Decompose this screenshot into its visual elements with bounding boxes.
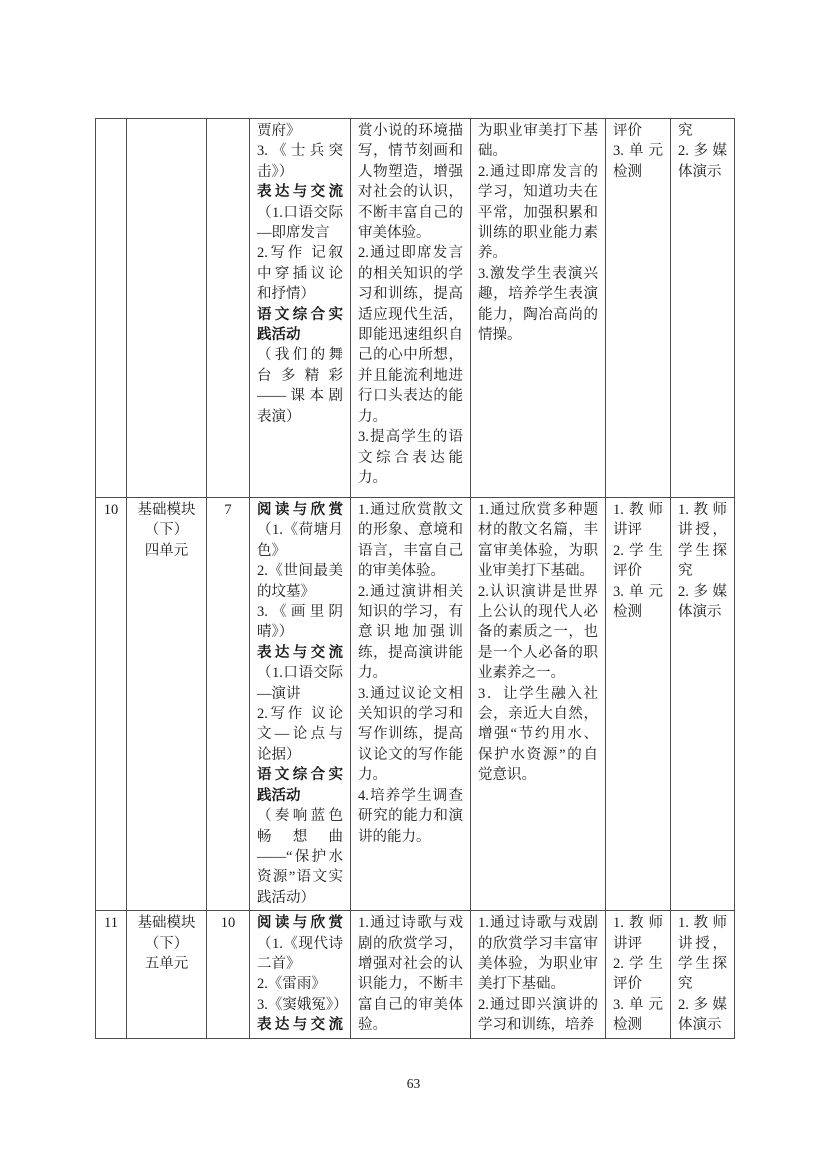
- module-name: 基础模块 （下） 四单元: [134, 500, 199, 561]
- content-text: （奏响蓝色畅想曲——“保护水资源”语文实践活动）: [257, 806, 343, 908]
- career-objectives-text: 1.通过欣赏多种题材的散文名篇，丰富审美体验，为职业审美打下基础。 2.认识演讲…: [478, 500, 598, 786]
- knowledge-objectives-text: 1.通过诗歌与戏剧的欣赏学习，增强对社会的认识能力，不断丰富自己的审美体验。: [358, 913, 463, 1035]
- content-text: （1.《现代诗二首》 2.《雷雨》 3.《窦娥冤》）: [257, 934, 343, 1016]
- cell-career-objectives: 1.通过诗歌与戏剧的欣赏学习丰富审美体验，为职业审美打下基础。 2.通过即兴演讲…: [471, 911, 606, 1039]
- cell-module-name: 基础模块 （下） 四单元: [127, 498, 207, 911]
- career-objectives-text: 1.通过诗歌与戏剧的欣赏学习丰富审美体验，为职业审美打下基础。 2.通过即兴演讲…: [478, 913, 598, 1035]
- content-heading: 语文综合实践活动: [257, 765, 343, 806]
- content-heading: 表达与交流: [257, 643, 343, 663]
- unit-number: 10: [103, 500, 119, 520]
- cell-knowledge-objectives: 1.通过欣赏散文的形象、意境和语言，丰富自己的审美体验。 2.通过演讲相关知识的…: [351, 498, 471, 911]
- hours-value: 7: [214, 500, 242, 520]
- knowledge-objectives-text: 赏小说的环境描写，情节刻画和人物塑造，增强对社会的认识，不断丰富自己的审美体验。…: [358, 121, 463, 488]
- evaluation-text: 1.教师讲评 2.学生评价 3.单元检测: [613, 913, 663, 1035]
- cell-evaluation: 1.教师讲评 2.学生评价 3.单元检测: [606, 911, 671, 1039]
- cell-hours: 7: [207, 498, 250, 911]
- content-text: 贾府》 3.《士兵突击》）: [257, 121, 343, 182]
- cell-knowledge-objectives: 1.通过诗歌与戏剧的欣赏学习，增强对社会的认识能力，不断丰富自己的审美体验。: [351, 911, 471, 1039]
- hours-value: 10: [214, 913, 242, 933]
- content-heading: 表达与交流: [257, 1015, 343, 1035]
- content-heading: 阅读与欣赏: [257, 500, 343, 520]
- teaching-methods-text: 1.教师讲授，学生探究 2.多媒体演示: [678, 500, 727, 622]
- cell-module-name: [127, 119, 207, 498]
- cell-teaching-methods: 1.教师讲授，学生探究 2.多媒体演示: [671, 911, 735, 1039]
- unit-number: 11: [103, 913, 119, 933]
- cell-teaching-methods: 1.教师讲授，学生探究 2.多媒体演示: [671, 498, 735, 911]
- content-text: （1.《荷塘月色》 2.《世间最美的坟墓》 3.《画里阴晴》）: [257, 520, 343, 642]
- cell-hours: [207, 119, 250, 498]
- evaluation-text: 1.教师讲评 2.学生评价 3.单元检测: [613, 500, 663, 622]
- evaluation-text: 评价 3.单元检测: [613, 121, 663, 182]
- cell-teaching-content: 贾府》 3.《士兵突击》） 表达与交流 （1.口语交际—即席发言 2.写作 记叙…: [250, 119, 351, 498]
- cell-evaluation: 1.教师讲评 2.学生评价 3.单元检测: [606, 498, 671, 911]
- content-text: （1.口语交际—即席发言 2.写作 记叙中穿插议论和抒情）: [257, 203, 343, 305]
- table-row-unit-11: 11 基础模块 （下） 五单元 10 阅读与欣赏 （1.《现代诗二首》 2.《雷…: [96, 911, 735, 1039]
- cell-teaching-methods: 究 2.多媒体演示: [671, 119, 735, 498]
- cell-career-objectives: 为职业审美打下基础。 2.通过即席发言的学习，知道功夫在平常，加强积累和训练的职…: [471, 119, 606, 498]
- content-heading: 表达与交流: [257, 182, 343, 202]
- content-heading: 语文综合实践活动: [257, 305, 343, 346]
- cell-unit-number: 10: [96, 498, 127, 911]
- cell-evaluation: 评价 3.单元检测: [606, 119, 671, 498]
- cell-knowledge-objectives: 赏小说的环境描写，情节刻画和人物塑造，增强对社会的认识，不断丰富自己的审美体验。…: [351, 119, 471, 498]
- cell-module-name: 基础模块 （下） 五单元: [127, 911, 207, 1039]
- curriculum-table: 贾府》 3.《士兵突击》） 表达与交流 （1.口语交际—即席发言 2.写作 记叙…: [95, 118, 735, 1039]
- cell-teaching-content: 阅读与欣赏 （1.《荷塘月色》 2.《世间最美的坟墓》 3.《画里阴晴》） 表达…: [250, 498, 351, 911]
- knowledge-objectives-text: 1.通过欣赏散文的形象、意境和语言，丰富自己的审美体验。 2.通过演讲相关知识的…: [358, 500, 463, 847]
- teaching-methods-text: 究 2.多媒体演示: [678, 121, 727, 182]
- content-text: （我们的舞台多精彩——课本剧表演）: [257, 345, 343, 427]
- teaching-methods-text: 1.教师讲授，学生探究 2.多媒体演示: [678, 913, 727, 1035]
- career-objectives-text: 为职业审美打下基础。 2.通过即席发言的学习，知道功夫在平常，加强积累和训练的职…: [478, 121, 598, 345]
- cell-unit-number: [96, 119, 127, 498]
- content-heading: 阅读与欣赏: [257, 913, 343, 933]
- module-name: 基础模块 （下） 五单元: [134, 913, 199, 974]
- table-row-unit-10: 10 基础模块 （下） 四单元 7 阅读与欣赏 （1.《荷塘月色》 2.《世间最…: [96, 498, 735, 911]
- cell-career-objectives: 1.通过欣赏多种题材的散文名篇，丰富审美体验，为职业审美打下基础。 2.认识演讲…: [471, 498, 606, 911]
- page-number: 63: [0, 1076, 827, 1092]
- cell-teaching-content: 阅读与欣赏 （1.《现代诗二首》 2.《雷雨》 3.《窦娥冤》） 表达与交流: [250, 911, 351, 1039]
- cell-hours: 10: [207, 911, 250, 1039]
- cell-unit-number: 11: [96, 911, 127, 1039]
- document-page: 贾府》 3.《士兵突击》） 表达与交流 （1.口语交际—即席发言 2.写作 记叙…: [0, 0, 827, 1170]
- content-text: （1.口语交际—演讲 2.写作 议论文—论点与论据）: [257, 663, 343, 765]
- table-row-continued: 贾府》 3.《士兵突击》） 表达与交流 （1.口语交际—即席发言 2.写作 记叙…: [96, 119, 735, 498]
